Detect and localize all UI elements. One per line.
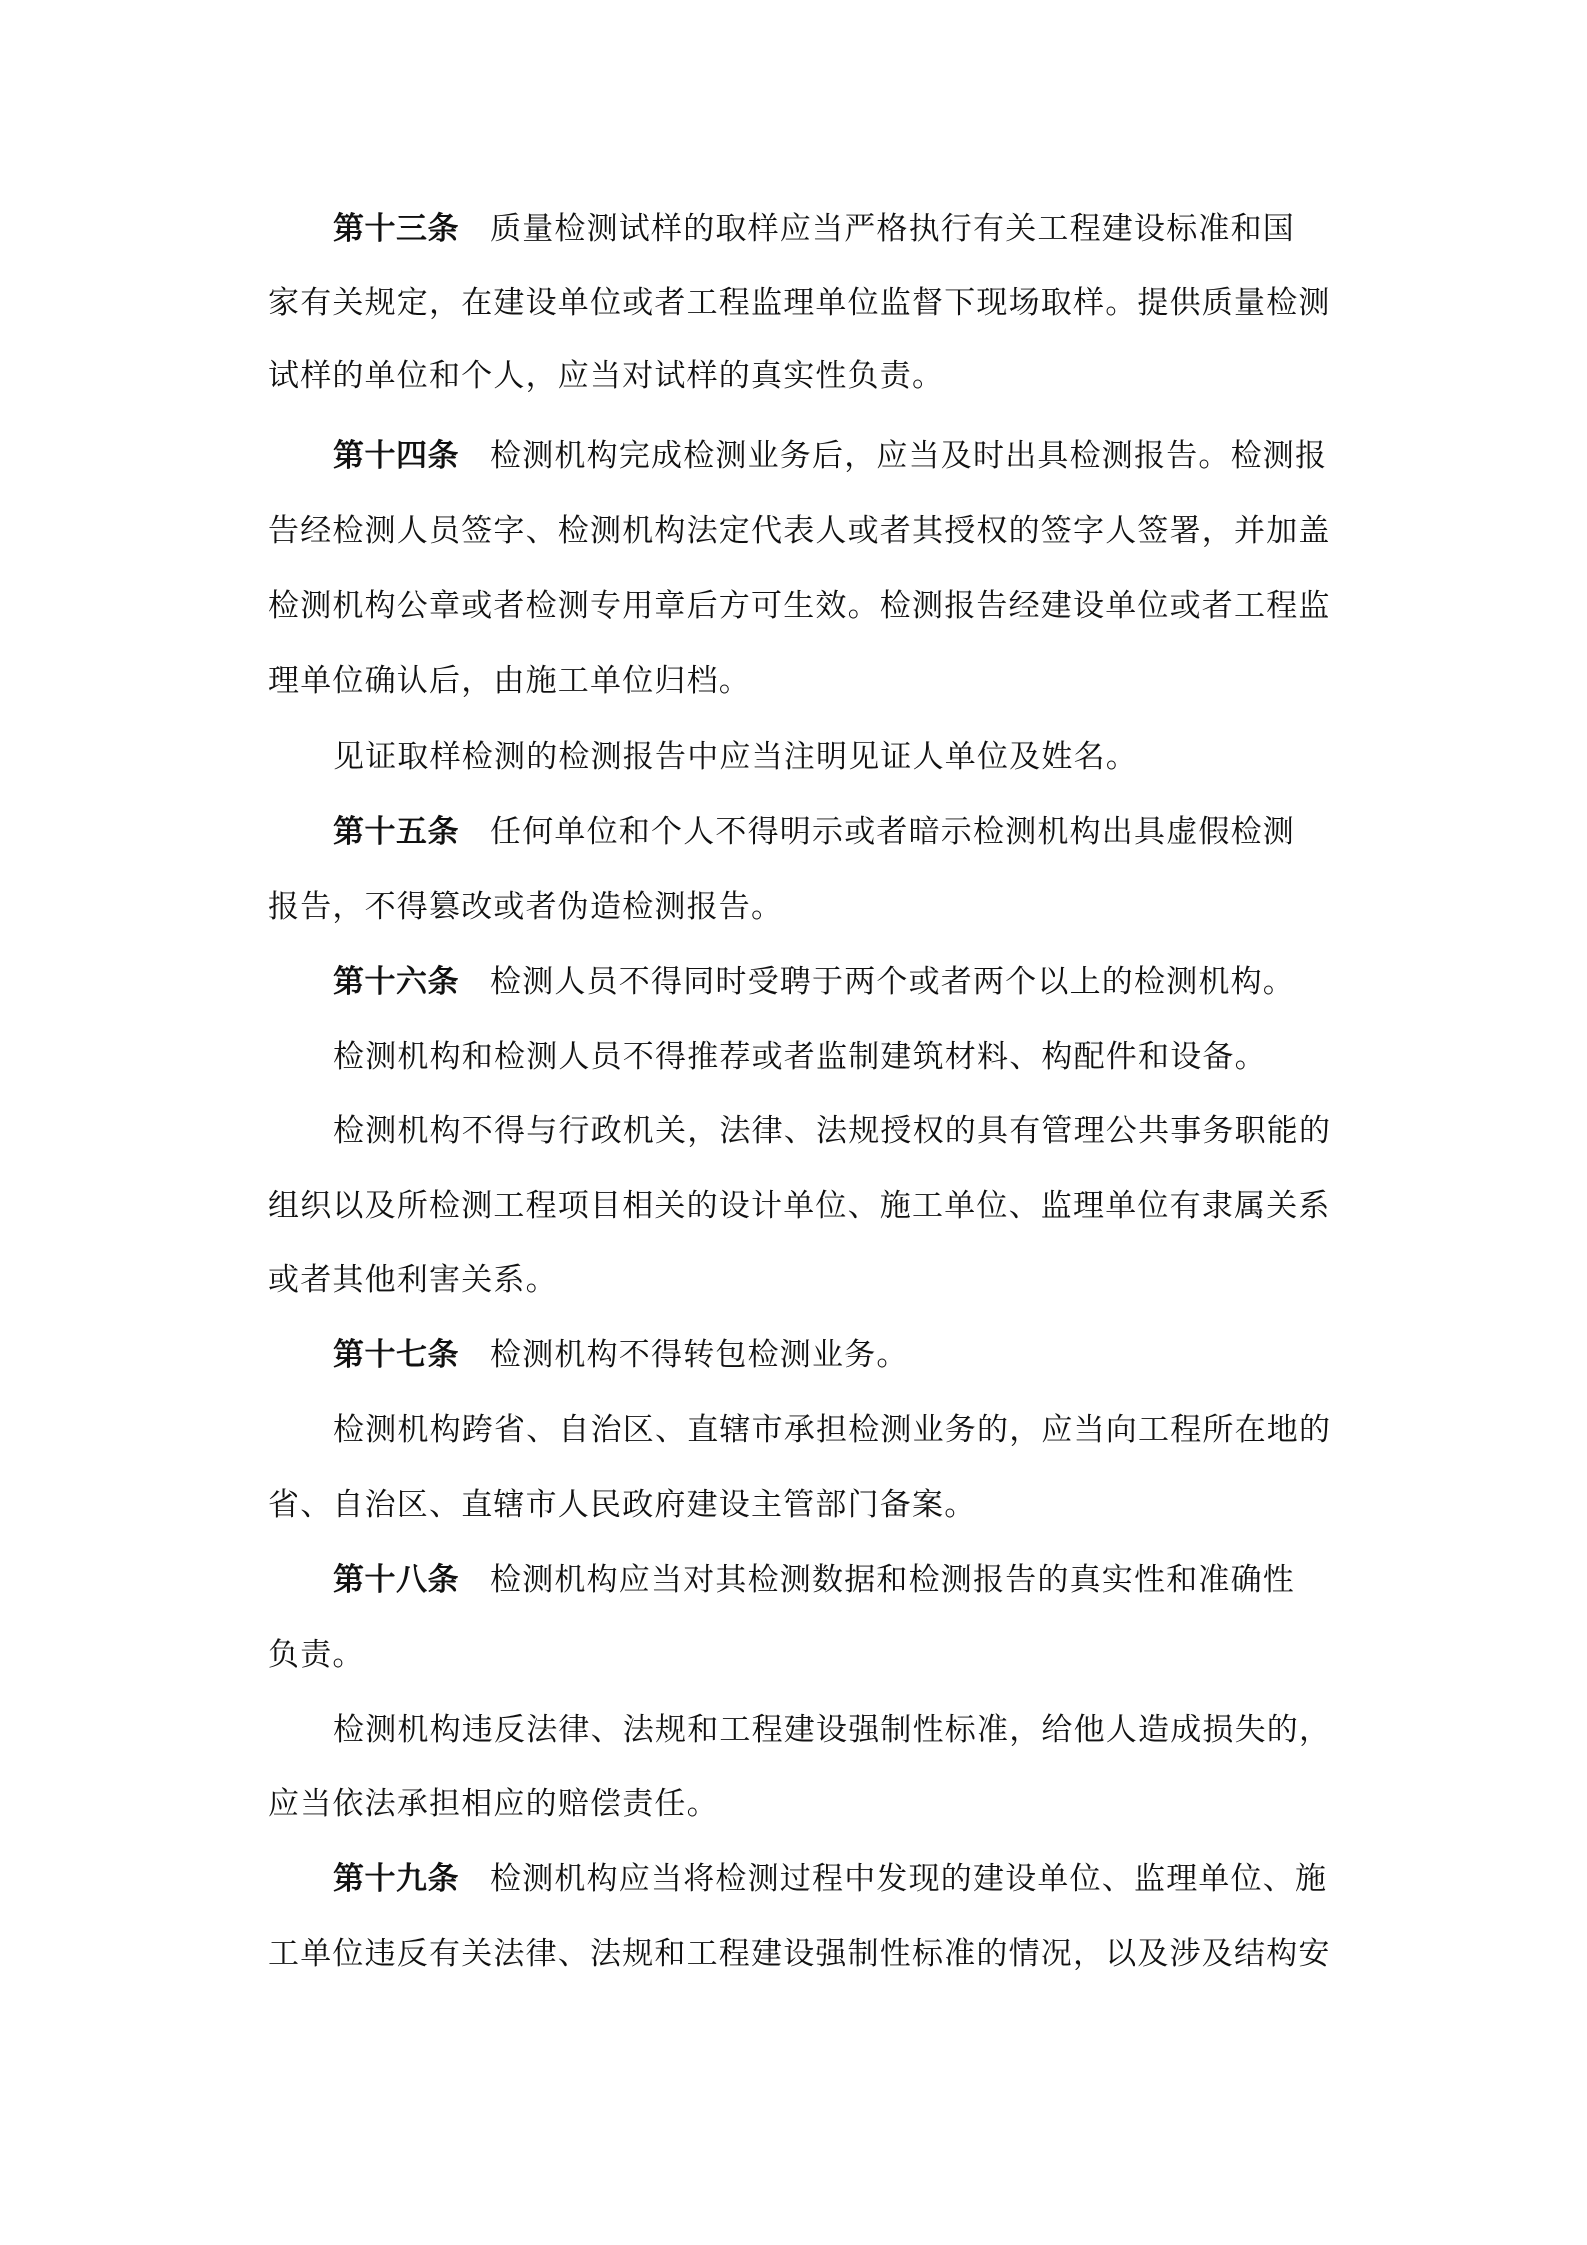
article-number: 第十九条 — [333, 1861, 459, 1897]
line-text: 试样的单位和个人，应当对试样的真实性负责。 — [268, 358, 944, 394]
line-text: 检测机构不得转包检测业务。 — [490, 1337, 909, 1373]
paragraph-line: 检测机构和检测人员不得推荐或者监制建筑材料、构配件和设备。 — [333, 1035, 1393, 1079]
article-paragraph-line: 第十五条任何单位和个人不得明示或者暗示检测机构出具虚假检测 — [333, 810, 1393, 854]
paragraph-line: 试样的单位和个人，应当对试样的真实性负责。 — [268, 354, 1328, 398]
line-text: 检测机构跨省、自治区、直辖市承担检测业务的，应当向工程所在地的 — [333, 1412, 1331, 1448]
line-text: 质量检测试样的取样应当严格执行有关工程建设标准和国 — [490, 211, 1295, 247]
paragraph-line: 理单位确认后，由施工单位归档。 — [268, 659, 1328, 703]
paragraph-line: 检测机构公章或者检测专用章后方可生效。检测报告经建设单位或者工程监 — [268, 584, 1328, 628]
paragraph-line: 检测机构跨省、自治区、直辖市承担检测业务的，应当向工程所在地的 — [333, 1408, 1393, 1452]
article-paragraph-line: 第十六条检测人员不得同时受聘于两个或者两个以上的检测机构。 — [333, 960, 1393, 1004]
line-text: 检测机构应当将检测过程中发现的建设单位、监理单位、施 — [490, 1861, 1327, 1897]
line-text: 任何单位和个人不得明示或者暗示检测机构出具虚假检测 — [490, 814, 1295, 850]
line-text: 理单位确认后，由施工单位归档。 — [268, 663, 751, 699]
paragraph-line: 负责。 — [268, 1633, 1328, 1677]
line-text: 检测人员不得同时受聘于两个或者两个以上的检测机构。 — [490, 964, 1295, 1000]
line-text: 或者其他利害关系。 — [268, 1262, 558, 1298]
line-text: 检测机构完成检测业务后，应当及时出具检测报告。检测报 — [490, 438, 1327, 474]
paragraph-line: 工单位违反有关法律、法规和工程建设强制性标准的情况，以及涉及结构安 — [268, 1932, 1328, 1976]
article-number: 第十四条 — [333, 438, 459, 474]
line-text: 检测机构和检测人员不得推荐或者监制建筑材料、构配件和设备。 — [333, 1039, 1267, 1075]
article-paragraph-line: 第十九条检测机构应当将检测过程中发现的建设单位、监理单位、施 — [333, 1857, 1393, 1901]
paragraph-line: 报告，不得篡改或者伪造检测报告。 — [268, 885, 1328, 929]
line-text: 应当依法承担相应的赔偿责任。 — [268, 1786, 719, 1822]
line-text: 见证取样检测的检测报告中应当注明见证人单位及姓名。 — [333, 739, 1138, 775]
line-text: 组织以及所检测工程项目相关的设计单位、施工单位、监理单位有隶属关系 — [268, 1188, 1331, 1224]
line-text: 检测机构公章或者检测专用章后方可生效。检测报告经建设单位或者工程监 — [268, 588, 1331, 624]
line-text: 负责。 — [268, 1637, 365, 1673]
paragraph-line: 或者其他利害关系。 — [268, 1258, 1328, 1302]
paragraph-line: 组织以及所检测工程项目相关的设计单位、施工单位、监理单位有隶属关系 — [268, 1184, 1328, 1228]
line-text: 家有关规定，在建设单位或者工程监理单位监督下现场取样。提供质量检测 — [268, 285, 1331, 321]
article-paragraph-line: 第十四条检测机构完成检测业务后，应当及时出具检测报告。检测报 — [333, 434, 1393, 478]
line-text: 报告，不得篡改或者伪造检测报告。 — [268, 889, 783, 925]
article-paragraph-line: 第十七条检测机构不得转包检测业务。 — [333, 1333, 1393, 1377]
line-text: 检测机构应当对其检测数据和检测报告的真实性和准确性 — [490, 1562, 1295, 1598]
line-text: 告经检测人员签字、检测机构法定代表人或者其授权的签字人签署，并加盖 — [268, 513, 1331, 549]
article-number: 第十八条 — [333, 1562, 459, 1598]
article-number: 第十三条 — [333, 211, 459, 247]
paragraph-line: 见证取样检测的检测报告中应当注明见证人单位及姓名。 — [333, 735, 1393, 779]
paragraph-line: 检测机构不得与行政机关，法律、法规授权的具有管理公共事务职能的 — [333, 1109, 1393, 1153]
paragraph-line: 检测机构违反法律、法规和工程建设强制性标准，给他人造成损失的， — [333, 1708, 1393, 1752]
article-number: 第十六条 — [333, 964, 459, 1000]
article-number: 第十七条 — [333, 1337, 459, 1373]
paragraph-line: 家有关规定，在建设单位或者工程监理单位监督下现场取样。提供质量检测 — [268, 281, 1328, 325]
article-paragraph-line: 第十三条质量检测试样的取样应当严格执行有关工程建设标准和国 — [333, 207, 1393, 251]
article-paragraph-line: 第十八条检测机构应当对其检测数据和检测报告的真实性和准确性 — [333, 1558, 1393, 1602]
paragraph-line: 省、自治区、直辖市人民政府建设主管部门备案。 — [268, 1483, 1328, 1527]
article-number: 第十五条 — [333, 814, 459, 850]
line-text: 省、自治区、直辖市人民政府建设主管部门备案。 — [268, 1487, 976, 1523]
line-text: 检测机构不得与行政机关，法律、法规授权的具有管理公共事务职能的 — [333, 1113, 1331, 1149]
paragraph-line: 告经检测人员签字、检测机构法定代表人或者其授权的签字人签署，并加盖 — [268, 509, 1328, 553]
document-page: 第十三条质量检测试样的取样应当严格执行有关工程建设标准和国家有关规定，在建设单位… — [0, 0, 1587, 2245]
paragraph-line: 应当依法承担相应的赔偿责任。 — [268, 1782, 1328, 1826]
line-text: 检测机构违反法律、法规和工程建设强制性标准，给他人造成损失的， — [333, 1712, 1331, 1748]
line-text: 工单位违反有关法律、法规和工程建设强制性标准的情况，以及涉及结构安 — [268, 1936, 1331, 1972]
